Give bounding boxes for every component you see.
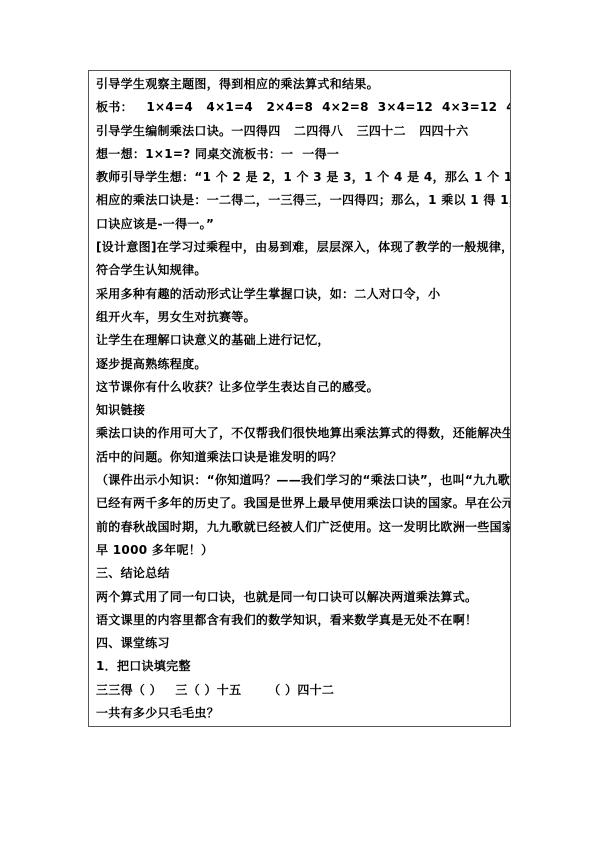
- text-line: 逐步提高熟练程度。: [96, 353, 510, 376]
- text-line: 让学生在理解口诀意义的基础上进行记忆，: [96, 329, 510, 352]
- text-line: 一共有多少只毛毛虫？: [96, 702, 510, 725]
- text-line: 想一想：1×1=? 同桌交流板书：一 一得一: [96, 143, 510, 166]
- text-line: 口诀应该是-一得一。”: [96, 213, 510, 236]
- text-line: 语文课里的内容里都含有我们的数学知识，看来数学真是无处不在啊！: [96, 609, 510, 632]
- section-heading: 知识链接: [96, 399, 510, 422]
- text-line: 相应的乘法口诀是：一二得二，一三得三，一四得四；那么，1 乘以 1 得 1，: [96, 189, 510, 212]
- text-line: 三三得（ ） 三（ ）十五 （ ）四十二: [96, 679, 510, 702]
- text-line: 采用多种有趣的活动形式让学生掌握口诀，如：二人对口令，小: [96, 283, 510, 306]
- text-line: 1．把口诀填完整: [96, 655, 510, 678]
- text-line: 这节课你有什么收获？让多位学生表达自己的感受。: [96, 376, 510, 399]
- text-line: 符合学生认知规律。: [96, 259, 510, 282]
- text-line: 两个算式用了同一句口诀，也就是同一句口诀可以解决两道乘法算式。: [96, 586, 510, 609]
- document-page: 引导学生观察主题图，得到相应的乘法算式和结果。 板书： 1×4=4 4×1=4 …: [0, 0, 595, 842]
- text-line: 组开火车，男女生对抗赛等。: [96, 306, 510, 329]
- text-line: 乘法口诀的作用可大了，不仅帮我们很快地算出乘法算式的得数，还能解决生: [96, 422, 510, 445]
- text-line: 早 1000 多年呢！）: [96, 539, 510, 562]
- text-line: （课件出示小知识：“你知道吗？——我们学习的“乘法口诀”，也叫“九九歌”，: [96, 469, 510, 492]
- section-heading: 四、课堂练习: [96, 632, 510, 655]
- text-line: 引导学生观察主题图，得到相应的乘法算式和结果。: [96, 73, 510, 96]
- text-line: 教师引导学生想：“1 个 2 是 2，1 个 3 是 3，1 个 4 是 4，那…: [96, 166, 510, 189]
- table-cell-border: 引导学生观察主题图，得到相应的乘法算式和结果。 板书： 1×4=4 4×1=4 …: [88, 70, 511, 727]
- section-heading: 三、结论总结: [96, 562, 510, 585]
- text-line: 已经有两千多年的历史了。我国是世界上最早使用乘法口诀的国家。早在公元: [96, 492, 510, 515]
- text-line: 前的春秋战国时期，九九歌就已经被人们广泛使用。这一发明比欧洲一些国家: [96, 516, 510, 539]
- text-line: 活中的问题。你知道乘法口诀是谁发明的吗？: [96, 446, 510, 469]
- text-line: 板书： 1×4=4 4×1=4 2×4=8 4×2=8 3×4=12 4×3=1…: [96, 96, 510, 119]
- text-line: 引导学生编制乘法口诀。一四得四 二四得八 三四十二 四四十六: [96, 120, 510, 143]
- text-line: [设计意图]在学习过乘程中，由易到难，层层深入，体现了教学的一般规律，: [96, 236, 510, 259]
